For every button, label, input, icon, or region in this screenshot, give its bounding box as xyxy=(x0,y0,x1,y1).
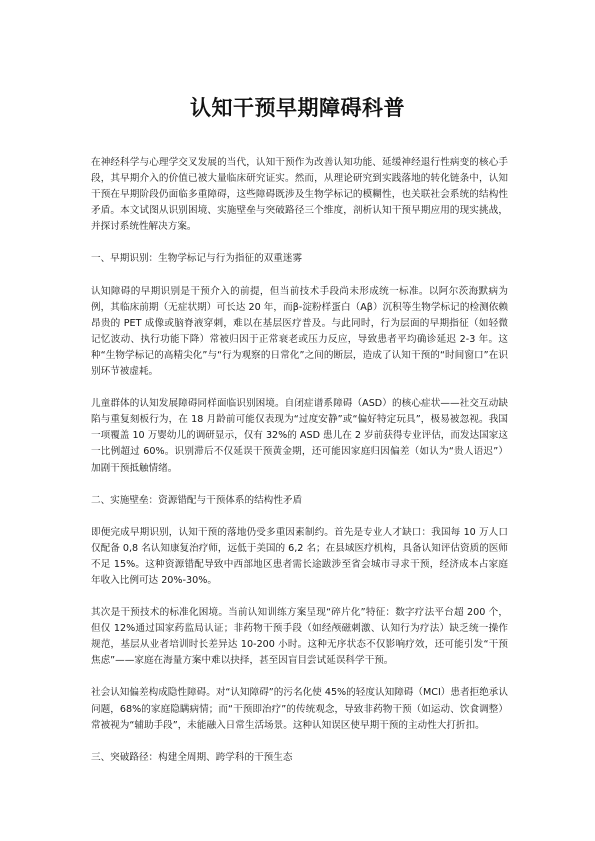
document-page: 认知干预早期障碍科普 在神经科学与心理学交叉发展的当代，认知干预作为改善认知功能… xyxy=(0,0,595,841)
section-heading-early-identification: 一、早期识别：生物学标记与行为指征的双重迷雾 xyxy=(91,251,508,267)
intro-paragraph: 在神经科学与心理学交叉发展的当代，认知干预作为改善认知功能、延缓神经退行性病变的… xyxy=(91,155,508,235)
section-heading-implementation-barriers: 二、实施壁垒：资源错配与干预体系的结构性矛盾 xyxy=(91,493,508,509)
document-body: 在神经科学与心理学交叉发展的当代，认知干预作为改善认知功能、延缓神经退行性病变的… xyxy=(91,155,508,782)
section-heading-breakthrough-path: 三、突破路径：构建全周期、跨学科的干预生态 xyxy=(91,750,508,766)
paragraph-biomarker-identification: 认知障碍的早期识别是干预介入的前提，但当前技术手段尚未形成统一标准。以阿尔茨海默… xyxy=(91,284,508,381)
paragraph-social-bias: 社会认知偏差构成隐性障碍。对“认知障碍”的污名化使 45%的轻度认知障碍（MCI… xyxy=(91,685,508,733)
paragraph-child-identification: 儿童群体的认知发展障碍同样面临识别困境。自闭症谱系障碍（ASD）的核心症状——社… xyxy=(91,396,508,476)
document-title: 认知干预早期障碍科普 xyxy=(0,92,595,122)
paragraph-talent-gap: 即便完成早期识别，认知干预的落地仍受多重因素制约。首先是专业人才缺口：我国每 1… xyxy=(91,525,508,589)
paragraph-standardization: 其次是干预技术的标准化困境。当前认知训练方案呈现“碎片化”特征：数字疗法平台超 … xyxy=(91,605,508,669)
